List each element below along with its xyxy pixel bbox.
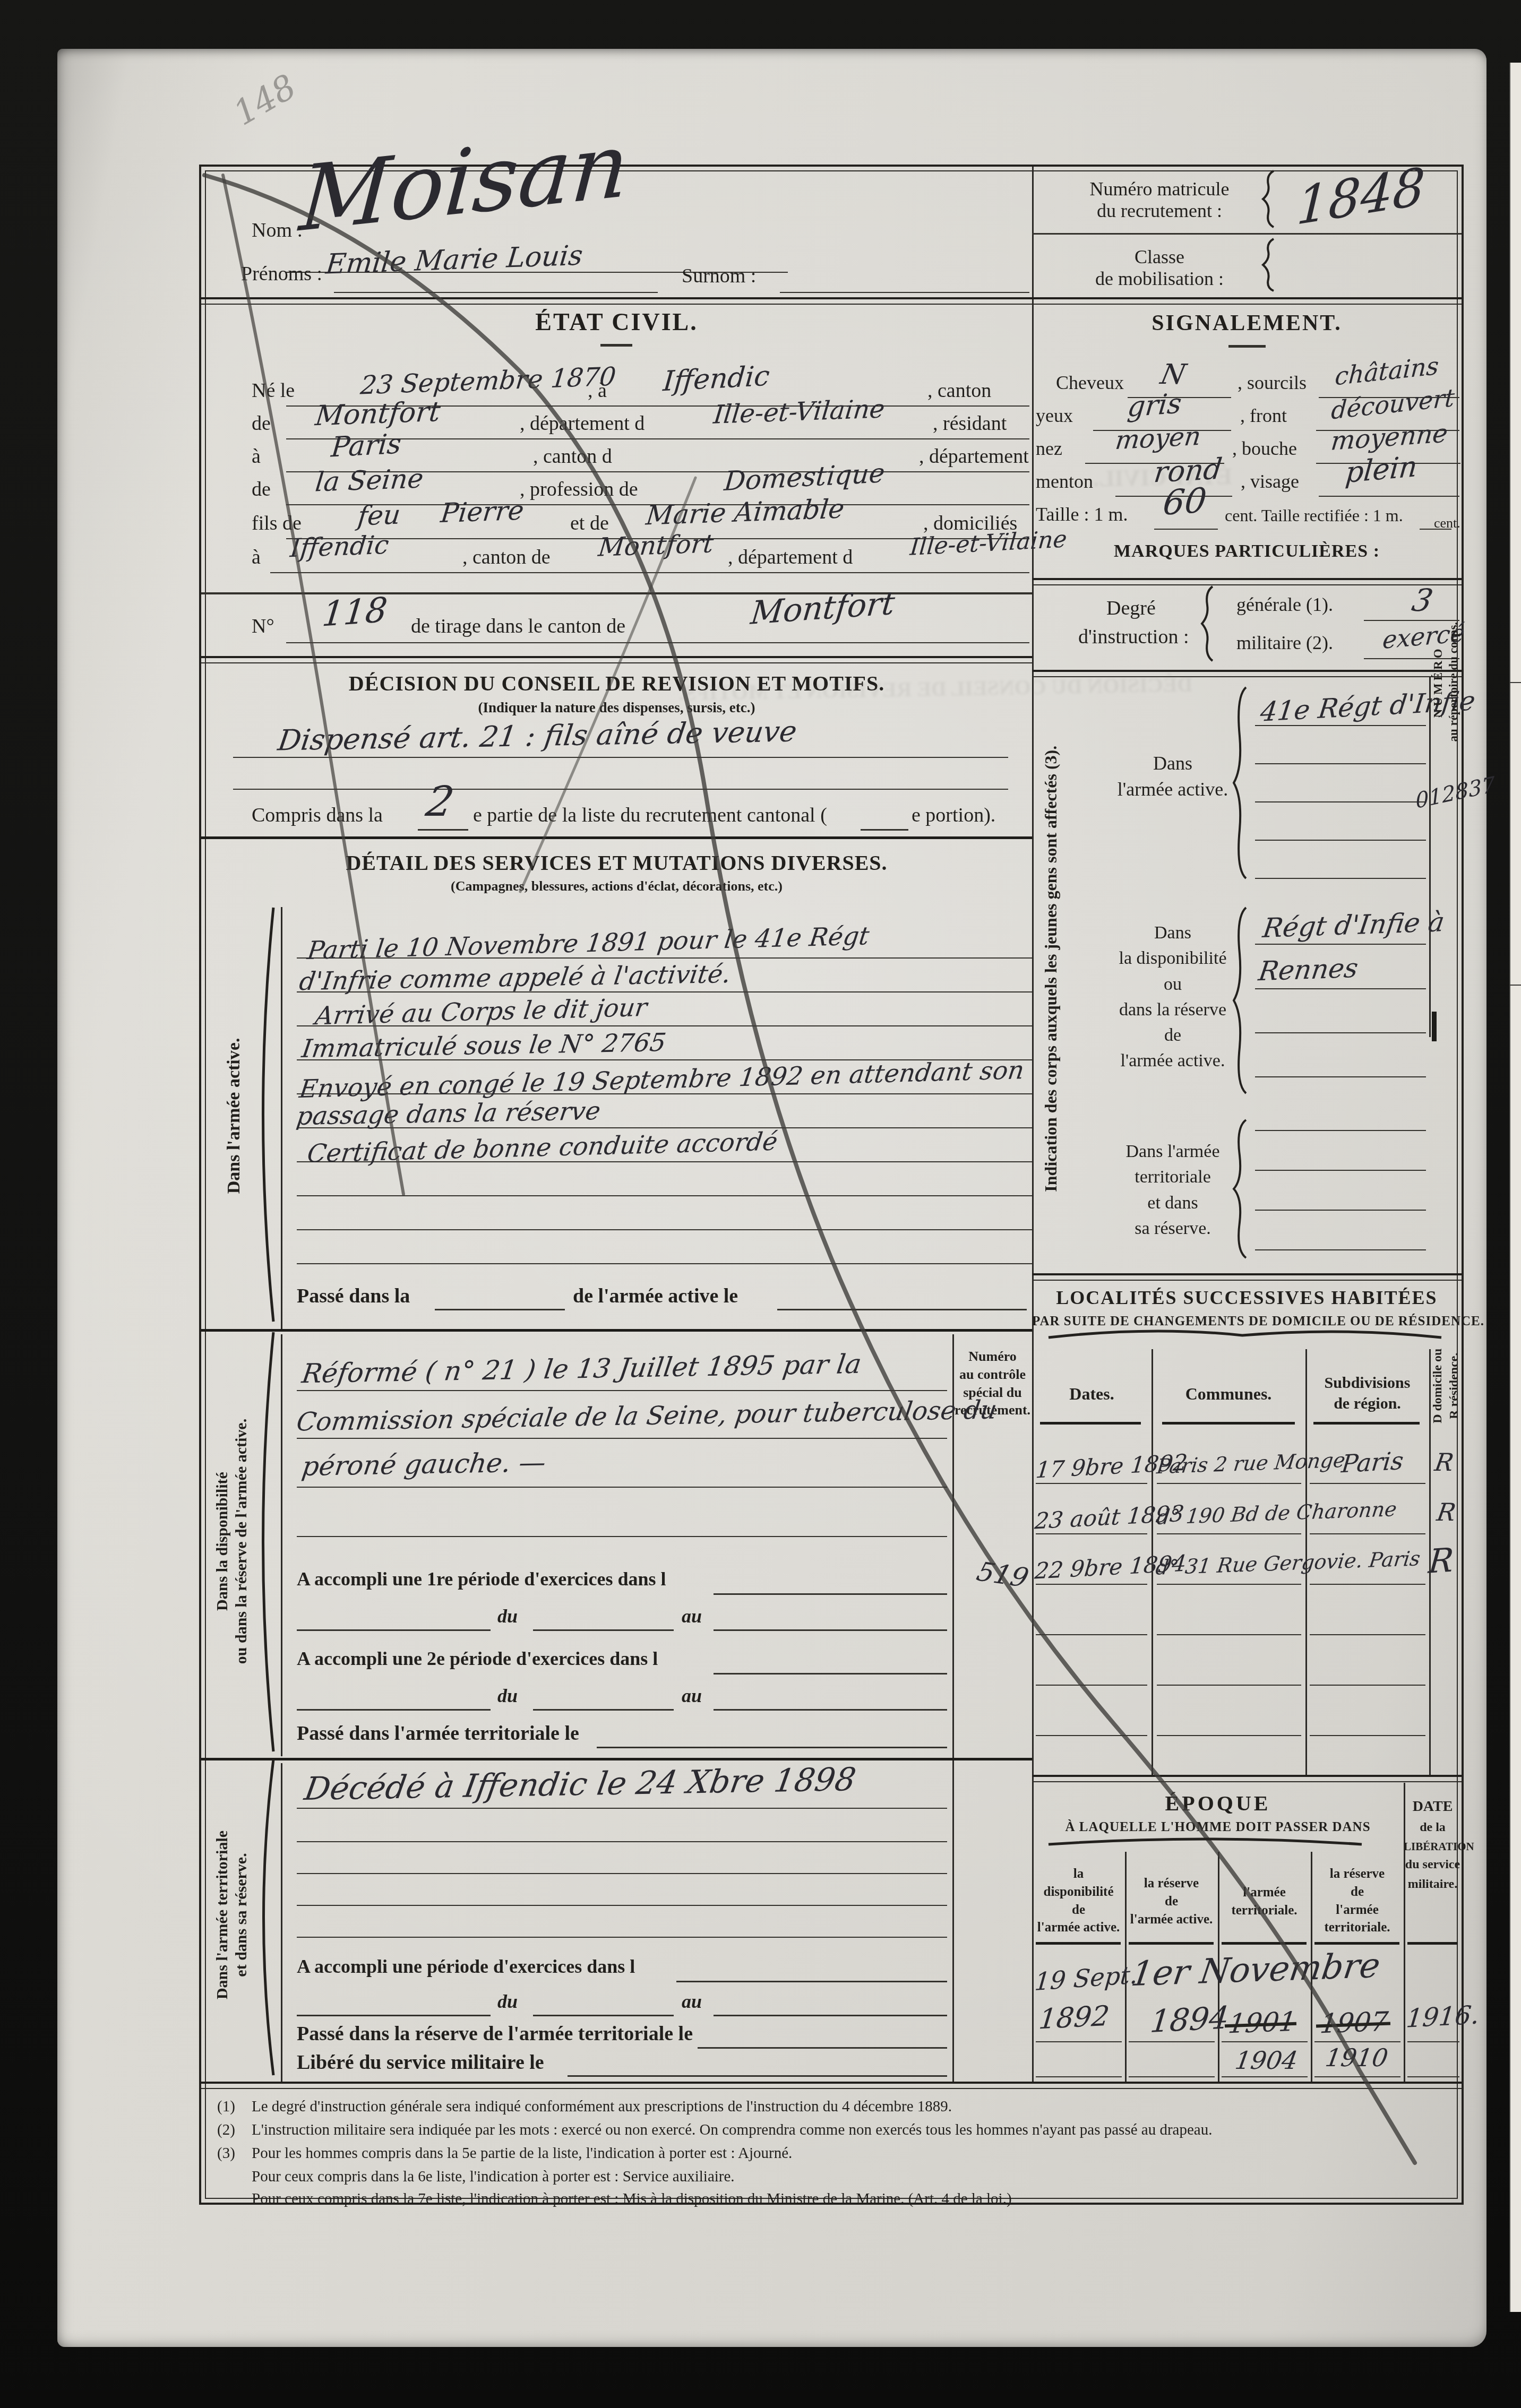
rule-line — [1310, 1584, 1425, 1585]
reforme-note: Réformé ( n° 21 ) le 13 Juillet 1895 par… — [300, 1351, 863, 1387]
side-rule — [281, 1334, 282, 1756]
sourcils-label: , sourcils — [1238, 373, 1307, 394]
yeux-value: gris — [1126, 390, 1183, 421]
rule-line — [1255, 725, 1426, 726]
paper-sheet: 148 Moisan Nom : Prénoms : Emile Marie L… — [57, 49, 1486, 2347]
departement2-value: la Seine — [314, 465, 424, 495]
localite-dr: R — [1427, 1543, 1455, 1578]
localite-dr: R — [1435, 1500, 1457, 1524]
matricule-label: Numéro matricule du recrutement : — [1061, 178, 1258, 222]
surnom-label: Surnom : — [682, 265, 756, 288]
rule-line — [1255, 944, 1426, 945]
dispo-side-label-line1: Dans la disponibilité — [213, 1313, 232, 1770]
epoque-subtitle: À LAQUELLE L'HOMME DOIT PASSER DANS — [1032, 1820, 1404, 1835]
departement-label: , département d — [520, 413, 645, 435]
corps-dispo-label: Dans la disponibilité ou dans la réserve… — [1098, 920, 1247, 1074]
mere-value: Marie Aimable — [645, 495, 845, 529]
rule-line — [1036, 1533, 1147, 1534]
libere-label: Libéré du service militaire le — [297, 2052, 544, 2074]
tirage-num-value: 118 — [321, 593, 389, 632]
form-frame: Moisan Nom : Prénoms : Emile Marie Louis… — [199, 165, 1464, 2205]
dr-label-line2: R résidence. — [1446, 1306, 1463, 1465]
epoque-reserve-value: 1894 — [1149, 2002, 1231, 2037]
rule-line — [780, 292, 1029, 293]
corps-dispo-label-line1: Dans — [1098, 920, 1247, 946]
pere-value: feu Pierre — [356, 497, 525, 529]
name-signature: Moisan — [297, 119, 632, 244]
classe-label: Classe de mobilisation : — [1061, 246, 1258, 290]
rule-line — [1255, 801, 1426, 802]
compris-label-3: e portion). — [912, 805, 995, 827]
header-rule — [1313, 1422, 1420, 1425]
canton3-label: , canton de — [462, 547, 551, 569]
col4-line4: territoriale. — [1311, 1919, 1404, 1937]
date-label-line5: militaire. — [1404, 1875, 1462, 1894]
localites-col-subdivisions: Subdivisions de région. — [1305, 1373, 1429, 1414]
sub-divider — [201, 592, 1032, 594]
rule-line — [1157, 1634, 1301, 1635]
epoque-col1-header: la disponibilité de l'armée active. — [1032, 1865, 1125, 1937]
tirage-canton-value: Montfort — [749, 587, 896, 629]
rule-line — [297, 2015, 491, 2016]
compris-label-2: e partie de la liste du recrutement cant… — [473, 805, 827, 827]
compris-label-1: Compris dans la — [252, 805, 383, 827]
footnote-text: L'instruction militaire sera indiquée pa… — [252, 2122, 1212, 2139]
profession-label: , profession de — [520, 479, 638, 501]
canton3-value: Montfort — [597, 531, 715, 560]
yeux-label: yeux — [1036, 405, 1073, 427]
rule-line — [1157, 1685, 1301, 1686]
epoque-date-label: DATE de la LIBÉRATION du service militai… — [1404, 1795, 1462, 1895]
classe-label-line1: Classe — [1061, 246, 1258, 268]
departement3-label: , département d — [728, 547, 853, 569]
rule-line — [297, 1841, 947, 1842]
de2-label: de — [252, 479, 271, 501]
et-de-label: et de — [570, 513, 609, 535]
rule-line — [297, 1195, 1032, 1196]
footnote-text: Le degré d'instruction générale sera ind… — [252, 2099, 952, 2116]
epoque-note-value: 1er Novembre — [1129, 1949, 1382, 1992]
rule-line — [435, 1309, 565, 1310]
generale-label: générale (1). — [1236, 594, 1333, 616]
service-entry: passage dans la réserve — [295, 1099, 602, 1129]
rule-line — [297, 1263, 1032, 1264]
terr-side-label-line2: et dans sa réserve. — [232, 1729, 251, 2101]
corps-dispo-label-line2: la disponibilité — [1098, 946, 1247, 971]
corps-active-label-line2: l'armée active. — [1104, 776, 1242, 802]
section-divider — [1032, 578, 1462, 585]
rule-line — [714, 2015, 947, 2016]
service-entry: Immatriculé sous le N° 2765 — [300, 1030, 668, 1061]
corps-dispo-label-line4: dans la réserve — [1098, 997, 1247, 1023]
localite-dr: R — [1433, 1450, 1455, 1474]
services-title: DÉTAIL DES SERVICES ET MUTATIONS DIVERSE… — [201, 851, 1032, 875]
rule-line — [533, 1709, 674, 1711]
signalement-title: SIGNALEMENT. — [1032, 311, 1462, 335]
compris-num: 2 — [423, 781, 457, 823]
header-rule — [1129, 1942, 1214, 1945]
du-label: du — [497, 1686, 518, 1707]
footnote-text: Pour les hommes compris dans la 5e parti… — [252, 2145, 792, 2162]
rule-line — [714, 1629, 947, 1631]
taille-value: 60 — [1162, 484, 1208, 521]
residence-value: Paris — [330, 430, 402, 461]
sourcils-value: châtains — [1334, 353, 1440, 389]
footnote-marker: (2) — [217, 2122, 235, 2139]
col4-line1: la réserve — [1311, 1865, 1404, 1883]
cheveux-label: Cheveux — [1056, 373, 1124, 394]
rule-line — [297, 1536, 947, 1537]
rule-line — [297, 1709, 491, 1711]
rule-line — [714, 1709, 947, 1711]
rule-line — [1036, 2076, 1122, 2077]
tirage-no-label: N° — [252, 616, 274, 638]
epoque-col3-header: l'armée territoriale. — [1218, 1884, 1311, 1920]
rule-line — [1255, 1130, 1426, 1131]
footnote-text: Pour ceux compris dans la 6e liste, l'in… — [252, 2169, 735, 2186]
rule-line — [1310, 1634, 1425, 1635]
taille-rectifiee-label: cent. Taille rectifiée : 1 m. — [1225, 506, 1403, 525]
subdiv-label-line2: de région. — [1305, 1393, 1429, 1414]
localites-dr-label: D domicile ou R résidence. — [1430, 1306, 1463, 1465]
rule-line — [418, 829, 468, 831]
rule-line — [1036, 1584, 1147, 1585]
localites-subtitle: PAR SUITE DE CHANGEMENTS DE DOMICILE OU … — [1032, 1314, 1462, 1329]
footnote-marker: (1) — [217, 2099, 235, 2116]
rule-line — [1157, 1533, 1301, 1534]
header-rule — [1314, 1942, 1399, 1945]
matricule-value: 1848 — [1295, 160, 1426, 232]
rule-line — [297, 1229, 1032, 1230]
rule-line — [233, 789, 1008, 790]
rule-line — [777, 1309, 1027, 1310]
rule-line — [1310, 1533, 1425, 1534]
date-label-line1: DATE — [1404, 1795, 1462, 1818]
col4-line2: de — [1311, 1883, 1404, 1901]
localites-title: LOCALITÉS SUCCESSIVES HABITÉES — [1032, 1288, 1462, 1309]
rule-line — [1129, 2041, 1215, 2042]
degre-label-2: d'instruction : — [1078, 626, 1189, 649]
dispo-side-label: Dans la disponibilité ou dans la réserve… — [213, 1313, 251, 1770]
canton2-label: , canton d — [533, 446, 612, 468]
bouche-value: moyenne — [1330, 420, 1449, 454]
section-divider — [1032, 1775, 1462, 1782]
rule-line — [861, 829, 908, 831]
col3-line2: territoriale. — [1218, 1902, 1311, 1920]
col1-line2: disponibilité — [1032, 1883, 1125, 1901]
col3-line1: l'armée — [1218, 1884, 1311, 1902]
taille-label: Taille : 1 m. — [1036, 504, 1128, 525]
rule-line — [1222, 2076, 1308, 2077]
periode2-label: A accompli une 2e période d'exercices da… — [297, 1649, 658, 1670]
header-rule — [1162, 1422, 1295, 1425]
pencil-page-number: 148 — [227, 67, 303, 133]
rule-line — [270, 572, 1029, 573]
rule-line — [1314, 2076, 1400, 2077]
controle-column-rule — [952, 1334, 954, 2082]
residant-label: , résidant — [933, 413, 1007, 435]
rule-line — [1036, 1735, 1147, 1736]
epoque-col4-header: la réserve de l'armée territoriale. — [1311, 1865, 1404, 1937]
col2-line2: de — [1125, 1893, 1218, 1911]
bouche-label: , bouche — [1232, 438, 1297, 460]
canton-suffix: , canton — [927, 380, 991, 402]
title-dash — [1228, 345, 1266, 348]
controle-label-line1: Numéro — [954, 1348, 1031, 1366]
rule-line — [1255, 840, 1426, 841]
rule-line — [1032, 233, 1462, 235]
rule-line — [297, 1438, 947, 1439]
rule-line — [286, 642, 1029, 643]
corps-dispo-label-line6: l'armée active. — [1098, 1048, 1247, 1074]
rule-line — [533, 2015, 674, 2016]
militaire-label: militaire (2). — [1236, 633, 1333, 654]
dr-label-line1: D domicile ou — [1430, 1306, 1446, 1465]
col4-line3: l'armée — [1311, 1901, 1404, 1919]
tirage-label: de tirage dans le canton de — [411, 616, 625, 638]
next-page-edge — [1509, 63, 1521, 2312]
controle-value: 519 — [974, 1558, 1032, 1591]
scanned-register-page: 148 Moisan Nom : Prénoms : Emile Marie L… — [0, 0, 1521, 2408]
rule-line — [1407, 2041, 1459, 2042]
rule-line — [297, 1937, 947, 1938]
epoque-terr-res-new-value: 1910 — [1324, 2045, 1389, 2070]
localites-col-dates: Dates. — [1032, 1385, 1152, 1403]
localites-col-communes: Communes. — [1152, 1385, 1305, 1403]
epoque-dispo-value-1: 19 Sept. — [1034, 1962, 1139, 1994]
passe-reserve-terr-label: Passé dans la réserve de l'armée territo… — [297, 2023, 693, 2045]
date-label-line3: LIBÉRATION — [1404, 1838, 1462, 1855]
section-divider-thick — [201, 836, 1032, 839]
cheveux-value: N — [1158, 361, 1188, 389]
header-rule — [1222, 1942, 1307, 1945]
rule-line — [1314, 2041, 1400, 2042]
subdiv-label-line1: Subdivisions — [1305, 1373, 1429, 1393]
rule-line — [1157, 1483, 1301, 1484]
canton-value: Montfort — [314, 398, 442, 430]
matricule-label-line1: Numéro matricule — [1061, 178, 1258, 200]
col1-line1: la — [1032, 1865, 1125, 1883]
corps-terr-label-line2: territoriale — [1098, 1164, 1247, 1190]
au-label: au — [682, 1686, 702, 1707]
side-rule — [281, 1763, 282, 2082]
corps-dispo-label-line5: de — [1098, 1023, 1247, 1048]
front-value: découvert — [1330, 385, 1455, 423]
classe-label-line2: de mobilisation : — [1061, 268, 1258, 290]
rule-line — [714, 1593, 947, 1595]
rule-line — [1319, 496, 1459, 497]
prenoms-label: Prénoms : — [241, 263, 322, 286]
repertoire-value: 012837 — [1415, 774, 1496, 812]
rule-line — [334, 292, 658, 293]
rule-line — [233, 757, 1008, 758]
corps-active-label-line1: Dans — [1104, 750, 1242, 776]
rule-line — [1157, 1735, 1301, 1736]
corps-dispo-label-line3: ou — [1098, 972, 1247, 997]
section-divider — [201, 297, 1462, 305]
title-dash — [600, 344, 632, 347]
etat-civil-title: ÉTAT CIVIL. — [201, 309, 1032, 336]
birthdate-value: 23 Septembre 1870 — [359, 364, 617, 399]
corps-terr-label-line3: et dans — [1098, 1190, 1247, 1216]
footnote-marker: (3) — [217, 2145, 235, 2162]
departement2-label: , département — [919, 446, 1029, 468]
rule-line — [1310, 1685, 1425, 1686]
rule-line — [1407, 2076, 1459, 2077]
header-rule — [1407, 1942, 1458, 1945]
corps-side-label: Indication des corps auxquels les jeunes… — [1041, 677, 1061, 1261]
rule-line — [297, 1629, 491, 1631]
nom-label: Nom : — [252, 220, 303, 242]
col2-line1: la réserve — [1125, 1875, 1218, 1893]
du-label: du — [497, 1991, 518, 2013]
terr-side-label-line1: Dans l'armée territoriale — [213, 1729, 232, 2101]
matricule-label-line2: du recrutement : — [1061, 200, 1258, 222]
cent-label: cent. — [1434, 516, 1460, 531]
section-divider — [201, 656, 1032, 663]
date-label-line4: du service — [1404, 1855, 1462, 1875]
birthplace-value: Iffendic — [662, 363, 771, 396]
col2-line3: l'armée active. — [1125, 1911, 1218, 1929]
rule-line — [1222, 2041, 1308, 2042]
rule-line — [1036, 1634, 1147, 1635]
ne-le-label: Né le — [252, 380, 295, 402]
degre-label-1: Degré — [1106, 598, 1156, 620]
epoque-title: ÉPOQUE — [1032, 1792, 1404, 1815]
a-label: , à — [588, 380, 607, 402]
decision-value: Dispensé art. 21 : fils aîné de veuve — [276, 717, 798, 755]
corps-dispo-value-1: Régt d'Infie à — [1261, 909, 1446, 942]
footnote-divider — [201, 2082, 1462, 2089]
section-divider — [1032, 1273, 1462, 1281]
rule-line — [1310, 1735, 1425, 1736]
rule-line — [297, 1808, 947, 1809]
rule-line — [1255, 1249, 1426, 1250]
profession-value: Domestique — [723, 460, 886, 495]
nez-value: moyen — [1114, 424, 1202, 454]
decision-subtitle: (Indiquer la nature des dispenses, sursi… — [201, 700, 1032, 716]
rule-line — [1036, 2041, 1122, 2042]
rule-line — [297, 1390, 947, 1391]
repertoire-label: NUMÉRO au répertoire du corps. — [1431, 613, 1462, 751]
visage-value: plein — [1344, 452, 1419, 487]
a2-label: à — [252, 446, 261, 468]
visage-label: , visage — [1241, 471, 1299, 493]
rule-line — [597, 1747, 947, 1748]
epoque-terr-new-value: 1904 — [1233, 2048, 1299, 2073]
periode1-label: A accompli une 1re période d'exercices d… — [297, 1569, 666, 1590]
deces-note: Décédé à Iffendic le 24 Xbre 1898 — [302, 1764, 858, 1805]
controle-label-line2: au contrôle — [954, 1366, 1031, 1384]
service-entry: Arrivé au Corps le dit jour — [314, 995, 649, 1029]
prenoms-value: Emile Marie Louis — [324, 241, 584, 278]
service-entry: d'Infrie comme appelé à l'activité. — [298, 962, 733, 994]
rule-line — [1154, 529, 1218, 530]
col1-line3: de — [1032, 1901, 1125, 1919]
rule-line — [297, 1487, 947, 1488]
reforme-note: Commission spéciale de la Seine, pour tu… — [295, 1397, 999, 1435]
a3-label: à — [252, 547, 261, 569]
front-label: , front — [1240, 405, 1287, 427]
rule-line — [1255, 988, 1426, 989]
rule-line — [1036, 1685, 1147, 1686]
side-rule — [281, 907, 282, 1329]
passe-territoriale-label: Passé dans l'armée territoriale le — [297, 1723, 579, 1745]
terr-side-label: Dans l'armée territoriale et dans sa rés… — [213, 1729, 251, 2101]
nez-label: nez — [1036, 438, 1062, 460]
rule-line — [297, 1905, 947, 1906]
passe-active-label-2: de l'armée active le — [573, 1285, 738, 1308]
next-page-tick — [1509, 682, 1521, 683]
departement-value: Ille-et-Vilaine — [712, 396, 886, 427]
localite-commune: d° 190 Bd de Charonne — [1156, 1499, 1398, 1527]
col1-line4: l'armée active. — [1032, 1919, 1125, 1937]
rule-line — [1310, 1483, 1425, 1484]
marques-title: MARQUES PARTICULIÈRES : — [1032, 541, 1462, 561]
footnote-text: Pour ceux compris dans la 7e liste, l'in… — [252, 2191, 1012, 2208]
repertoire-tick — [1432, 1012, 1437, 1041]
au-label: au — [682, 1606, 702, 1627]
reforme-note: péroné gauche. — — [300, 1449, 548, 1480]
service-entry: Envoyé en congé le 19 Septembre 1892 en … — [298, 1058, 1026, 1102]
date-label-line2: de la — [1404, 1818, 1462, 1837]
rule-line — [1157, 1584, 1301, 1585]
header-rule — [1040, 1422, 1141, 1425]
localite-commune: Paris 2 rue Monge — [1156, 1450, 1346, 1477]
rule-line — [1255, 1076, 1426, 1077]
rule-line — [1129, 2076, 1215, 2077]
services-side-label: Dans l'armée active. — [224, 914, 245, 1317]
rule-line — [1255, 1170, 1426, 1171]
epoque-dispo-value-2: 1892 — [1037, 2002, 1111, 2033]
localite-commune: d° 31 Rue Gergovie. Paris — [1155, 1548, 1422, 1578]
passe-active-label-1: Passé dans la — [297, 1285, 410, 1308]
rule-line — [1255, 878, 1426, 879]
corps-dispo-value-2: Rennes — [1257, 955, 1360, 985]
epoque-liberation-value: 1916. — [1405, 2002, 1481, 2032]
rule-line — [568, 2075, 947, 2077]
header-rule — [1036, 1942, 1121, 1945]
au-label: au — [682, 1991, 702, 2013]
rule-line — [714, 1673, 947, 1675]
rule-line — [1255, 1032, 1426, 1033]
corps-active-label: Dans l'armée active. — [1104, 750, 1242, 802]
section-divider-thick — [201, 1329, 1032, 1332]
menton-label: menton — [1036, 471, 1093, 493]
rule-line — [676, 1981, 947, 1982]
repertoire-label-line2: au répertoire du corps. — [1446, 613, 1462, 751]
fils-de-label: fils de — [252, 513, 302, 535]
rule-line — [1255, 1210, 1426, 1211]
section-divider-thick — [201, 1758, 1032, 1760]
du-label: du — [497, 1606, 518, 1627]
domicile-value: Iffendic — [289, 532, 390, 562]
corps-terr-label-line4: sa réserve. — [1098, 1216, 1247, 1241]
epoque-col2-header: la réserve de l'armée active. — [1125, 1875, 1218, 1928]
dispo-side-label-line2: ou dans la réserve de l'armée active. — [232, 1313, 251, 1770]
localite-subdivision: Paris — [1340, 1448, 1405, 1476]
services-subtitle: (Campagnes, blessures, actions d'éclat, … — [201, 879, 1032, 894]
de-label: de — [252, 413, 271, 435]
rule-line — [297, 1873, 947, 1874]
terr-periode-label: A accompli une période d'exercices dans … — [297, 1956, 635, 1978]
rule-line — [1036, 1483, 1147, 1484]
rule-line — [1255, 763, 1426, 764]
next-page-tick — [1509, 985, 1521, 986]
rule-line — [533, 1629, 674, 1631]
generale-value: 3 — [1410, 585, 1436, 616]
corps-terr-label: Dans l'armée territoriale et dans sa rés… — [1098, 1139, 1247, 1241]
